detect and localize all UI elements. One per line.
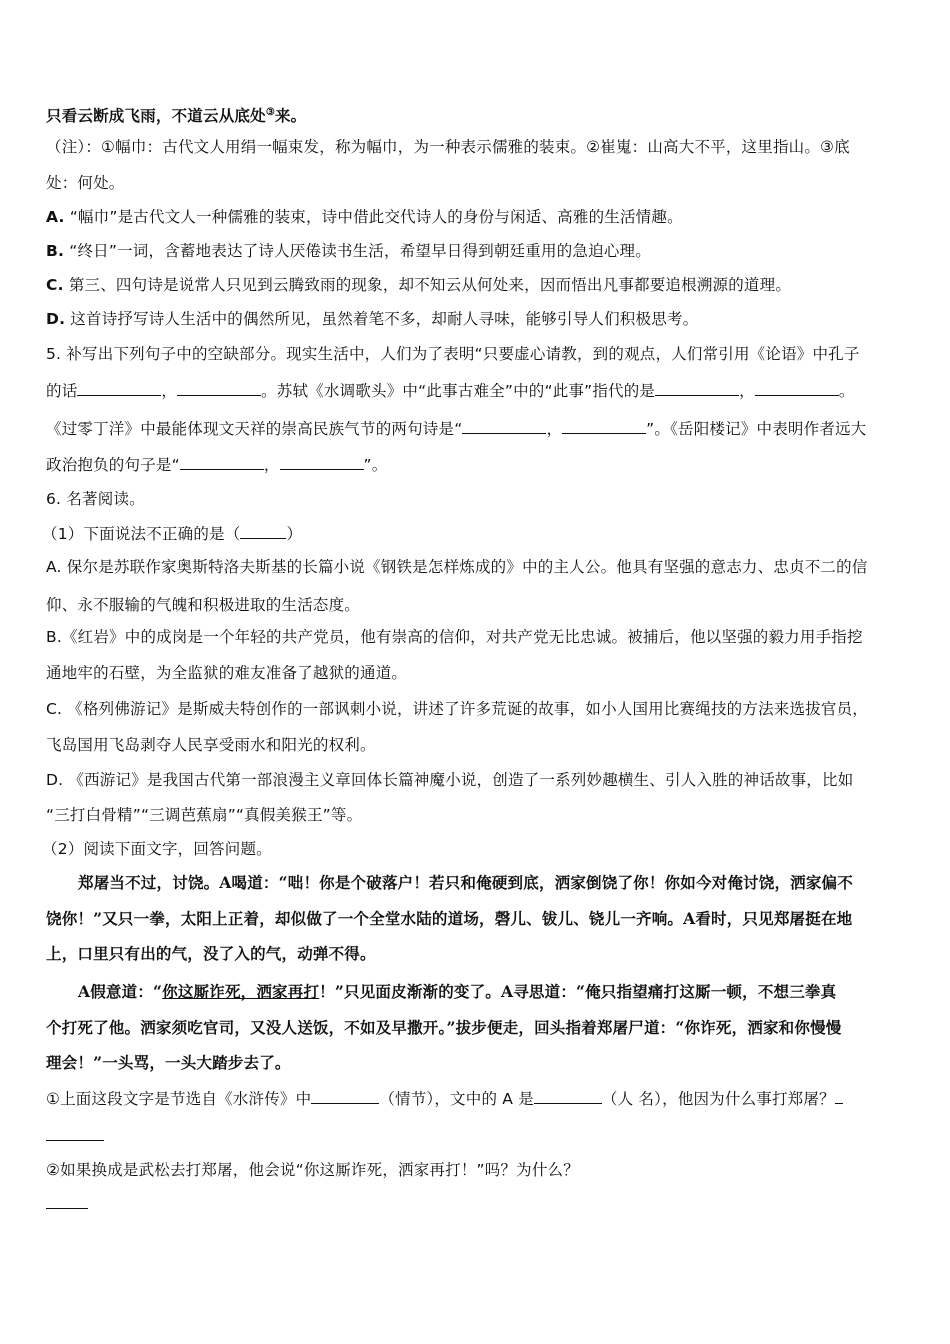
answer-blank[interactable]	[655, 380, 739, 396]
passage-p1-line-3: 上，口里只有出的气，没了入的气，动弹不得。	[46, 944, 910, 964]
answer-blank-reason[interactable]	[835, 1088, 843, 1104]
option-label: A.	[46, 208, 65, 226]
exam-page: 只看云断成飞雨，不道云从底处③来。 （注）：①幅巾：古代文人用绢一幅束发，称为幅…	[0, 0, 950, 1344]
q5-text: ，	[264, 456, 280, 474]
answer-blank[interactable]	[462, 418, 546, 434]
answer-blank[interactable]	[280, 454, 364, 470]
passage-text: A假意道：“	[78, 982, 162, 1001]
q6-option-c-line-2: 飞岛国用飞岛剥夺人民享受雨水和阳光的权利。	[46, 735, 910, 755]
q5-line-2: 的话，。苏轼《水调歌头》中“此事古难全”中的“此事”指代的是，。	[46, 380, 910, 401]
answer-blank[interactable]	[755, 380, 839, 396]
q6-sub2-prompt: （2）阅读下面文字，回答问题。	[42, 839, 910, 859]
q5-line-3: 《过零丁洋》中最能体现文天祥的崇高民族气节的两句诗是“，”。《岳阳楼记》中表明作…	[46, 418, 910, 439]
answer-blank[interactable]	[180, 454, 264, 470]
answer-line[interactable]	[46, 1140, 104, 1141]
question-text: ①上面这段文字是节选自《水浒传》中	[46, 1090, 311, 1108]
prompt-text: ）	[286, 525, 302, 543]
poem-text-end: 来。	[275, 106, 306, 125]
question-number: 6.	[46, 490, 61, 508]
passage-text: ！”只见面皮渐渐的变了。A寻思道：“俺只指望痛打这厮一顿，不想三拳真	[319, 982, 836, 1001]
q5-text: ，	[546, 420, 562, 438]
q6-option-d-line-2: “三打白骨精”“三调芭蕉扇”“真假美猴王”等。	[46, 805, 910, 825]
poem-text: 只看云断成飞雨，不道云从底处	[46, 106, 266, 125]
q4-option-b: B. “终日”一词，含蓄地表达了诗人厌倦读书生活，希望早日得到朝廷重用的急迫心理…	[46, 241, 910, 261]
q4-option-c: C. 第三、四句诗是说常人只见到云腾致雨的现象，却不知云从何处来，因而悟出凡事都…	[46, 275, 910, 295]
answer-blank[interactable]	[177, 380, 261, 396]
passage-p2-line-2: 个打死了他。洒家须吃官司，又没人送饭，不如及早撒开。”拔步便走，回头指着郑屠尸道…	[46, 1018, 910, 1038]
answer-blank[interactable]	[77, 380, 161, 396]
answer-blank-name[interactable]	[534, 1088, 602, 1104]
q5-text: 补写出下列句子中的空缺部分。现实生活中，人们为了表明“只要虚心请教，到的观点，人…	[66, 345, 859, 363]
note-marker: ③	[266, 107, 275, 118]
answer-blank[interactable]	[562, 418, 646, 434]
answer-blank-plot[interactable]	[311, 1088, 379, 1104]
q5-text: 的话	[46, 382, 77, 400]
option-text: “终日”一词，含蓄地表达了诗人厌倦读书生活，希望早日得到朝廷重用的急迫心理。	[69, 242, 651, 260]
q5-text: ”。	[364, 456, 388, 474]
notes-line-2: 处：何处。	[46, 173, 910, 193]
q6-option-d-line-1: D. 《西游记》是我国古代第一部浪漫主义章回体长篇神魔小说，创造了一系列妙趣横生…	[46, 770, 910, 790]
option-label: D.	[46, 310, 65, 328]
q5-text: ”。《岳阳楼记》中表明作者远大	[646, 420, 866, 438]
q6-option-b-line-2: 通地牢的石壁，为全监狱的难友准备了越狱的通道。	[46, 663, 910, 683]
q5-text: 《过零丁洋》中最能体现文天祥的崇高民族气节的两句诗是“	[46, 420, 462, 438]
q6-option-b-line-1: B.《红岩》中的成岗是一个年轻的共产党员，他有崇高的信仰，对共产党无比忠诚。被捕…	[46, 627, 910, 647]
q6-option-a-line-2: 仰、永不服输的气魄和积极进取的生活态度。	[46, 595, 910, 615]
question-text: （情节），文中的 A 是	[379, 1090, 534, 1108]
answer-blank[interactable]	[240, 523, 286, 539]
passage-p1-line-1: 郑屠当不过，讨饶。A喝道：“咄！你是个破落户！若只和俺硬到底，洒家倒饶了你！你如…	[78, 873, 910, 893]
question-text: （人 名），他因为什么事打郑屠？	[602, 1090, 835, 1108]
q5-text: 。	[839, 382, 855, 400]
answer-line[interactable]	[46, 1208, 88, 1209]
underlined-quote: 你这厮诈死，洒家再打	[162, 982, 319, 1001]
q5-text: ，	[161, 382, 177, 400]
q5-text: 。苏轼《水调歌头》中“此事古难全”中的“此事”指代的是	[261, 382, 655, 400]
option-label: B.	[46, 242, 64, 260]
q5-text: 政治抱负的句子是“	[46, 456, 180, 474]
q6-option-a-line-1: A. 保尔是苏联作家奥斯特洛夫斯基的长篇小说《钢铁是怎样炼成的》中的主人公。他具…	[46, 557, 910, 577]
q6-option-c-line-1: C. 《格列佛游记》是斯威夫特创作的一部讽刺小说，讲述了许多荒诞的故事，如小人国…	[46, 699, 910, 719]
option-text: 第三、四句诗是说常人只见到云腾致雨的现象，却不知云从何处来，因而悟出凡事都要追根…	[69, 276, 791, 294]
q5-text: ，	[739, 382, 755, 400]
option-text: 这首诗抒写诗人生活中的偶然所见，虽然着笔不多，却耐人寻味，能够引导人们积极思考。	[70, 310, 698, 328]
option-text: “幅巾”是古代文人一种儒雅的装束，诗中借此交代诗人的身份与闲适、高雅的生活情趣。	[70, 208, 683, 226]
q6-2-question-2: ②如果换成是武松去打郑屠，他会说“你这厮诈死，洒家再打！”吗？为什么？	[46, 1160, 910, 1180]
q5-line-4: 政治抱负的句子是“，”。	[46, 454, 910, 475]
q4-option-a: A. “幅巾”是古代文人一种儒雅的装束，诗中借此交代诗人的身份与闲适、高雅的生活…	[46, 207, 910, 227]
prompt-text: （1）下面说法不正确的是（	[42, 525, 240, 543]
poem-last-line: 只看云断成飞雨，不道云从底处③来。	[46, 103, 910, 126]
q6-2-question-1: ①上面这段文字是节选自《水浒传》中（情节），文中的 A 是（人 名），他因为什么…	[46, 1088, 910, 1109]
passage-p1-line-2: 饶你！”又只一拳，太阳上正着，却似做了一个全堂水陆的道场，磬儿、钹儿、铙儿一齐响…	[46, 909, 910, 929]
notes-line-1: （注）：①幅巾：古代文人用绢一幅束发，称为幅巾，为一种表示儒雅的装束。②崔嵬：山…	[46, 137, 910, 157]
passage-p2-line-3: 理会！”一头骂，一头大踏步去了。	[46, 1053, 910, 1073]
q6-title-text: 名著阅读。	[66, 490, 145, 508]
option-label: C.	[46, 276, 64, 294]
q4-option-d: D. 这首诗抒写诗人生活中的偶然所见，虽然着笔不多，却耐人寻味，能够引导人们积极…	[46, 309, 910, 329]
passage-p2-line-1: A假意道：“你这厮诈死，洒家再打！”只见面皮渐渐的变了。A寻思道：“俺只指望痛打…	[78, 982, 910, 1002]
question-number: 5.	[46, 345, 61, 363]
q6-sub1-prompt: （1）下面说法不正确的是（）	[42, 523, 910, 544]
q6-title: 6. 名著阅读。	[46, 489, 910, 509]
q5-line-1: 5. 补写出下列句子中的空缺部分。现实生活中，人们为了表明“只要虚心请教，到的观…	[46, 344, 910, 364]
